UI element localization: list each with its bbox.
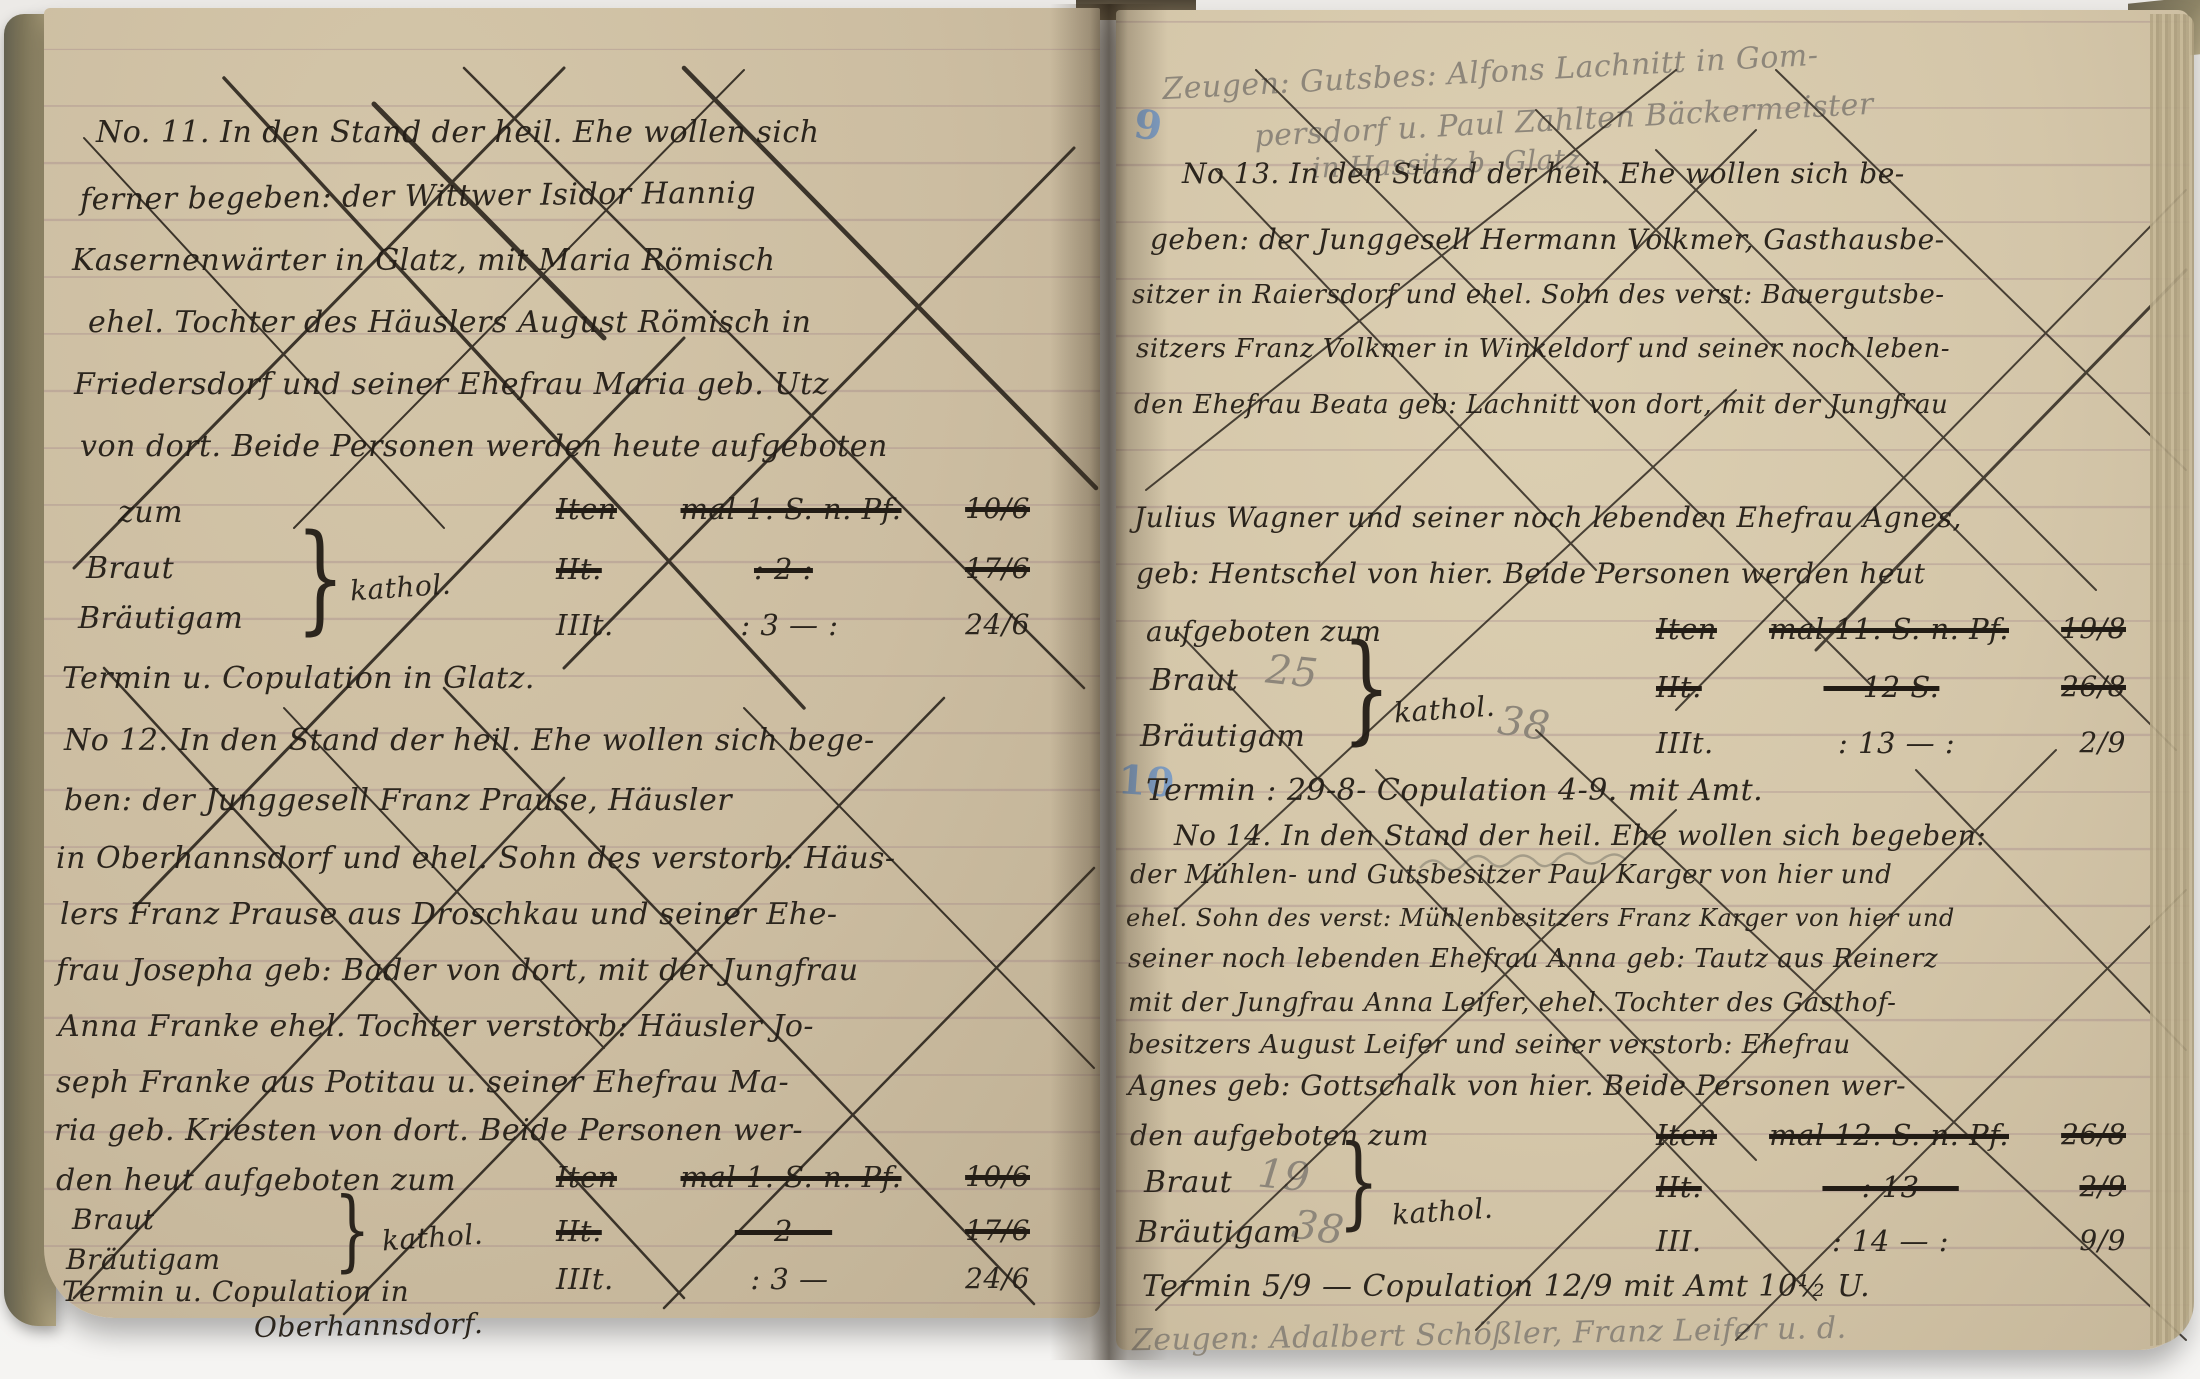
entry14-line: den aufgeboten zum <box>1130 1122 1429 1150</box>
entry12-line: Anna Franke ehel. Tochter verstorb: Häus… <box>58 1012 814 1042</box>
groom-age-pencil: 38 <box>1495 701 1552 748</box>
brace-glyph: } <box>296 518 345 636</box>
religion-label: kathol. <box>381 1221 484 1256</box>
entry13-line: geb: Hentschel von hier. Beide Personen … <box>1136 560 1925 588</box>
groom-label: Bräutigam <box>1136 1218 1301 1248</box>
groom-label: Bräutigam <box>1140 722 1305 752</box>
bride-age-pencil: 25 <box>1264 649 1320 694</box>
banns-mid: : 13 — : <box>1838 726 1955 760</box>
entry14-line: ehel. Sohn des verst: Mühlenbesitzers Fr… <box>1126 906 1955 930</box>
religion-label: kathol. <box>1393 693 1496 728</box>
entry11-line: No. 11. In den Stand der heil. Ehe wolle… <box>96 118 820 148</box>
banns-mid: — 2 — <box>735 1214 832 1248</box>
banns-term: IIt. <box>556 552 602 586</box>
banns-date: 26/8 <box>2061 1118 2126 1152</box>
banns-term: IIIt. <box>1656 726 1714 760</box>
banns-row-1: Iten mal 11. S. n. Pf. 19/8 <box>1656 612 2126 646</box>
bride-age-pencil: 19 <box>1256 1153 1312 1198</box>
entry12-line: ben: der Junggesell Franz Prause, Häusle… <box>64 786 732 816</box>
entry12-line: seph Franke aus Potitau u. seiner Ehefra… <box>56 1068 789 1098</box>
banns-mid: mal 1. S. n. Pf. <box>681 492 902 526</box>
banns-row-3: III. : 14 — : 9/9 <box>1656 1224 2126 1258</box>
entry11-footer: Termin u. Copulation in Glatz. <box>62 664 535 694</box>
banns-term: III. <box>1656 1224 1702 1258</box>
banns-date: 2/9 <box>2079 1170 2126 1204</box>
banns-row-1: Iten mal 1. S. n. Pf. 10/6 <box>556 1160 1030 1194</box>
banns-date: 9/9 <box>2079 1224 2126 1258</box>
bride-label: Braut <box>72 1206 154 1234</box>
banns-mid: : 3 — : <box>740 608 838 642</box>
religion-label: kathol. <box>349 571 452 606</box>
banns-row-3: IIIt. : 13 — : 2/9 <box>1656 726 2126 760</box>
banns-date: 10/6 <box>965 492 1030 526</box>
banns-row-3: IIIt. : 3 — : 24/6 <box>556 608 1030 642</box>
entry14-footer: Termin 5/9 — Copulation 12/9 mit Amt 10½… <box>1142 1272 1870 1302</box>
banns-term: Iten <box>1656 1118 1717 1152</box>
banns-term: IIIt. <box>556 1262 614 1296</box>
entry13-line: den Ehefrau Beata geb: Lachnitt von dort… <box>1134 392 1948 418</box>
banns-mid: — : 13 — <box>1822 1170 1958 1204</box>
banns-date: 19/8 <box>2061 612 2126 646</box>
entry12-line: frau Josepha geb: Bader von dort, mit de… <box>56 956 859 986</box>
banns-date: 26/8 <box>2061 670 2126 704</box>
entry12-line: ria geb. Kriesten von dort. Beide Person… <box>54 1116 803 1146</box>
banns-row-1: Iten mal 12. S. n. Pf. 26/8 <box>1656 1118 2126 1152</box>
banns-date: 17/6 <box>965 552 1030 586</box>
banns-term: IIIt. <box>556 608 614 642</box>
banns-date: 17/6 <box>965 1214 1030 1248</box>
groom-label: Bräutigam <box>66 1246 221 1274</box>
entry12-footer-place: Oberhannsdorf. <box>254 1310 484 1342</box>
entry13-line: No 13. In den Stand der heil. Ehe wollen… <box>1182 160 1905 188</box>
entry12-line: No 12. In den Stand der heil. Ehe wollen… <box>64 726 875 756</box>
banns-row-2: IIt. : 2 : 17/6 <box>556 552 1030 586</box>
entry13-line: sitzer in Raiersdorf und ehel. Sohn des … <box>1132 282 1945 308</box>
blue-page-number: 9 <box>1131 104 1165 148</box>
entry11-line: ferner begeben: der Wittwer Isidor Hanni… <box>80 178 756 215</box>
banns-mid: : 2 : <box>754 552 813 586</box>
banns-date: 24/6 <box>965 608 1030 642</box>
entry14-line: der Mühlen- und Gutsbesitzer Paul Karger… <box>1130 862 1892 888</box>
entry11-line: ehel. Tochter des Häuslers August Römisc… <box>88 308 811 338</box>
entry11-line: Friedersdorf und seiner Ehefrau Maria ge… <box>74 370 829 400</box>
banns-date: 10/6 <box>965 1160 1030 1194</box>
religion-label: kathol. <box>1391 1195 1494 1230</box>
banns-row-2: IIt. — 12 S. 26/8 <box>1656 670 2126 704</box>
banns-term: Iten <box>556 492 617 526</box>
entry13-line: Julius Wagner und seiner noch lebenden E… <box>1134 504 1962 532</box>
banns-term: Iten <box>556 1160 617 1194</box>
banns-term: IIt. <box>1656 670 1702 704</box>
entry12-footer: Termin u. Copulation in <box>62 1278 409 1306</box>
banns-row-2: IIt. — 2 — 17/6 <box>556 1214 1030 1248</box>
banns-date: 2/9 <box>2079 726 2126 760</box>
entry14-line: No 14. In den Stand der heil. Ehe wollen… <box>1174 822 1986 850</box>
bride-label: Braut <box>86 554 174 584</box>
entry13-line: sitzers Franz Volkmer in Winkeldorf und … <box>1136 336 1950 362</box>
entry12-line: in Oberhannsdorf und ehel. Sohn des vers… <box>56 844 896 874</box>
banns-mid: mal 12. S. n. Pf. <box>1769 1118 2009 1152</box>
banns-term: IIt. <box>1656 1170 1702 1204</box>
entry13-footer: Termin : 29-8- Copulation 4-9. mit Amt. <box>1146 776 1763 806</box>
scanned-register-book: No. 11. In den Stand der heil. Ehe wolle… <box>0 0 2200 1379</box>
page-stack-right-edge <box>2150 14 2194 1346</box>
right-page: Zeugen: Gutsbes: Alfons Lachnitt in Gom-… <box>1116 10 2190 1350</box>
bride-label: Braut <box>1144 1168 1232 1198</box>
entry11-line: Kasernenwärter in Glatz, mit Maria Römis… <box>72 246 775 276</box>
banns-row-1: Iten mal 1. S. n. Pf. 10/6 <box>556 492 1030 526</box>
brace-glyph: } <box>1342 628 1391 746</box>
entry11-line: von dort. Beide Personen werden heute au… <box>80 432 888 462</box>
entry14-line: Agnes geb: Gottschalk von hier. Beide Pe… <box>1128 1072 1906 1100</box>
banns-mid: — 12 S. <box>1824 670 1940 704</box>
banns-row-2: IIt. — : 13 — 2/9 <box>1656 1170 2126 1204</box>
banns-date: 24/6 <box>965 1262 1030 1296</box>
zum-label: zum <box>118 498 183 528</box>
banns-term: IIt. <box>556 1214 602 1248</box>
banns-term: Iten <box>1656 612 1717 646</box>
left-page: No. 11. In den Stand der heil. Ehe wolle… <box>44 8 1100 1318</box>
pencil-witness-note-bottom: Zeugen: Adalbert Schößler, Franz Leifer … <box>1132 1314 1847 1356</box>
banns-mid: : 3 — <box>750 1262 828 1296</box>
entry12-line: den heut aufgeboten zum <box>56 1166 456 1196</box>
banns-mid: : 14 — : <box>1832 1224 1949 1258</box>
bride-label: Braut <box>1150 666 1238 696</box>
banns-mid: mal 11. S. n. Pf. <box>1769 612 2009 646</box>
brace-glyph: } <box>334 1186 371 1274</box>
entry13-line: geben: der Junggesell Hermann Volkmer, G… <box>1150 226 1945 254</box>
banns-row-3: IIIt. : 3 — 24/6 <box>556 1262 1030 1296</box>
entry14-line: besitzers August Leifer und seiner verst… <box>1128 1032 1851 1058</box>
banns-mid: mal 1. S. n. Pf. <box>681 1160 902 1194</box>
groom-label: Bräutigam <box>78 604 243 634</box>
entry14-line: mit der Jungfrau Anna Leifer, ehel. Toch… <box>1128 990 1896 1016</box>
entry12-line: lers Franz Prause aus Droschkau und sein… <box>60 900 837 930</box>
entry14-line: seiner noch lebenden Ehefrau Anna geb: T… <box>1128 946 1938 972</box>
